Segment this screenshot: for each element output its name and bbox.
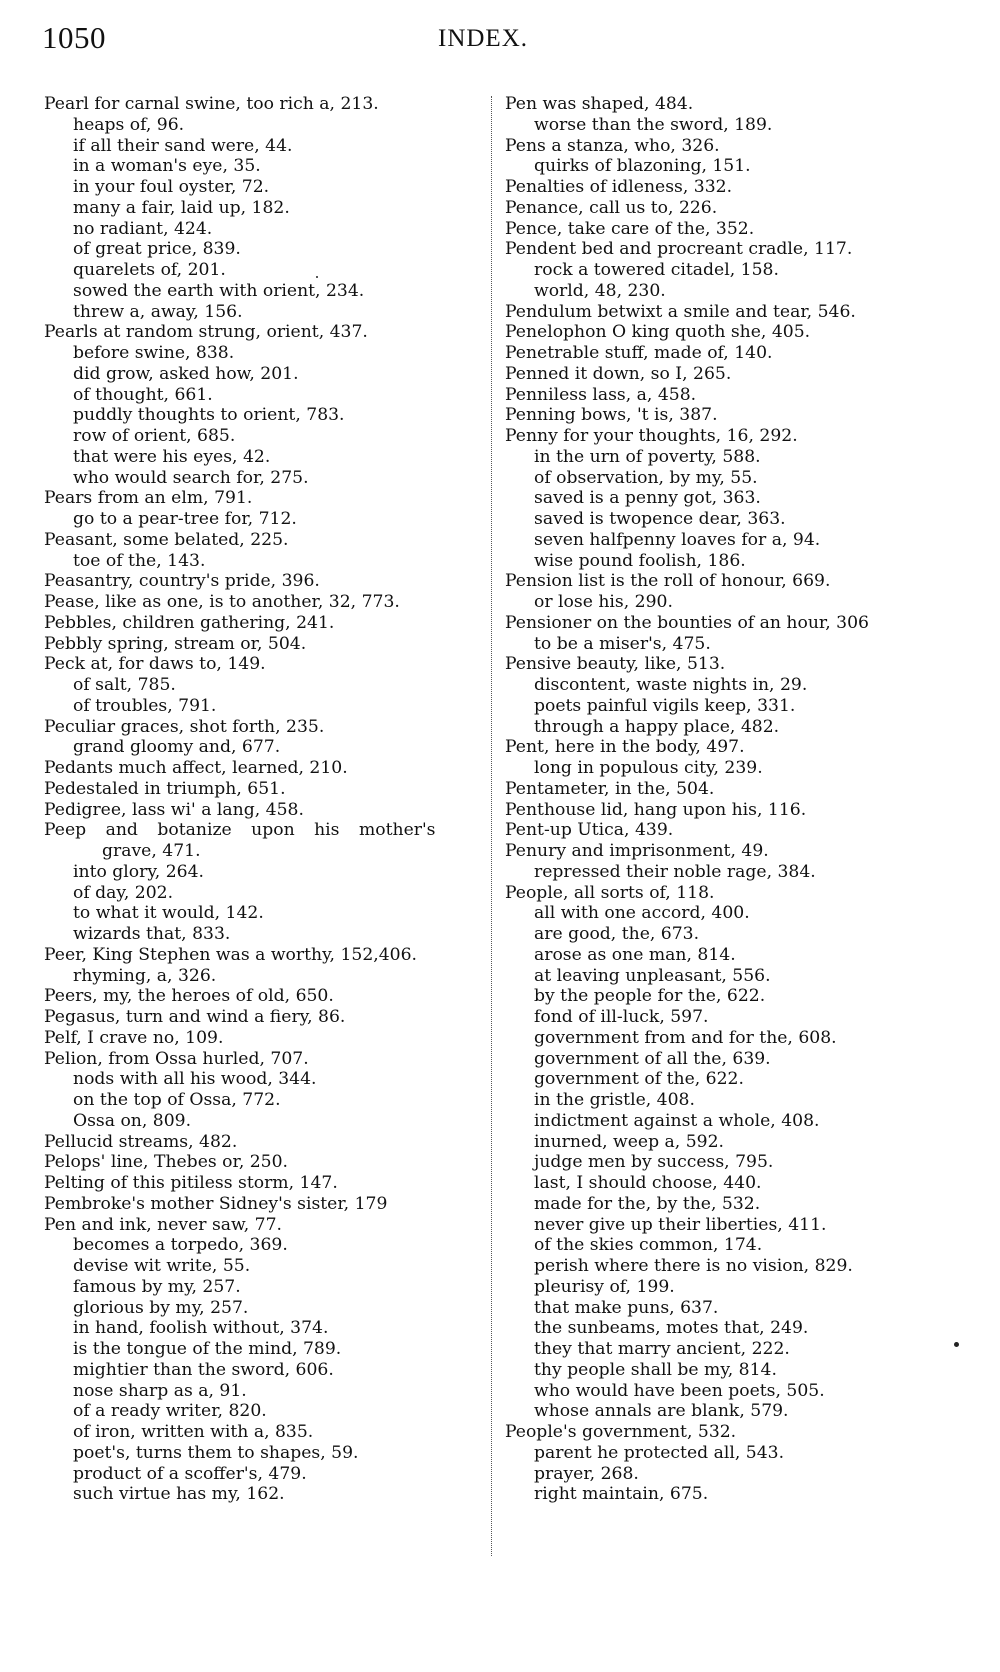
index-subentry: wise pound foolish, 186.	[505, 551, 955, 572]
index-entry: Pen was shaped, 484.	[505, 94, 955, 115]
index-entry: Peers, my, the heroes of old, 650.	[44, 986, 482, 1007]
index-entry: Pedestaled in triumph, 651.	[44, 779, 482, 800]
index-subentry: nods with all his wood, 344.	[44, 1069, 482, 1090]
index-subentry: at leaving unpleasant, 556.	[505, 966, 955, 987]
index-subentry: grand gloomy and, 677.	[44, 737, 482, 758]
index-entry: Pensioner on the bounties of an hour, 30…	[505, 613, 955, 634]
index-entry: Pears from an elm, 791.	[44, 488, 482, 509]
index-entry: Penance, call us to, 226.	[505, 198, 955, 219]
index-entry: Pent-up Utica, 439.	[505, 820, 955, 841]
index-subentry: worse than the sword, 189.	[505, 115, 955, 136]
index-subentry: that were his eyes, 42.	[44, 447, 482, 468]
index-entry: Penniless lass, a, 458.	[505, 385, 955, 406]
index-subentry: world, 48, 230.	[505, 281, 955, 302]
index-entry: Pedants much affect, learned, 210.	[44, 758, 482, 779]
print-speck	[316, 276, 318, 278]
index-subentry: nose sharp as a, 91.	[44, 1381, 482, 1402]
index-entry: Peasant, some belated, 225.	[44, 530, 482, 551]
index-subentry: fond of ill-luck, 597.	[505, 1007, 955, 1028]
index-subentry: wizards that, 833.	[44, 924, 482, 945]
index-subentry: made for the, by the, 532.	[505, 1194, 955, 1215]
index-subentry: saved is twopence dear, 363.	[505, 509, 955, 530]
index-subentry: government of the, 622.	[505, 1069, 955, 1090]
index-entry: Pearls at random strung, orient, 437.	[44, 322, 482, 343]
index-subentry: of great price, 839.	[44, 239, 482, 260]
index-entry: Penelophon O king quoth she, 405.	[505, 322, 955, 343]
index-subentry: who would have been poets, 505.	[505, 1381, 955, 1402]
index-subentry: into glory, 264.	[44, 862, 482, 883]
index-entry: Pearl for carnal swine, too rich a, 213.	[44, 94, 482, 115]
index-subentry: quirks of blazoning, 151.	[505, 156, 955, 177]
index-subentry: mightier than the sword, 606.	[44, 1360, 482, 1381]
index-subentry: heaps of, 96.	[44, 115, 482, 136]
index-entry: Pent, here in the body, 497.	[505, 737, 955, 758]
index-entry: Pelops' line, Thebes or, 250.	[44, 1152, 482, 1173]
index-subentry: poet's, turns them to shapes, 59.	[44, 1443, 482, 1464]
index-subentry: devise wit write, 55.	[44, 1256, 482, 1277]
index-entry: Penny for your thoughts, 16, 292.	[505, 426, 955, 447]
index-subentry: of thought, 661.	[44, 385, 482, 406]
index-entry: Pelion, from Ossa hurled, 707.	[44, 1049, 482, 1070]
index-entry: Peasantry, country's pride, 396.	[44, 571, 482, 592]
index-subentry: seven halfpenny loaves for a, 94.	[505, 530, 955, 551]
index-entry: Pentameter, in the, 504.	[505, 779, 955, 800]
index-subentry: indictment against a whole, 408.	[505, 1111, 955, 1132]
index-entry: People, all sorts of, 118.	[505, 883, 955, 904]
page-number: 1050	[42, 20, 106, 56]
index-subentry: perish where there is no vision, 829.	[505, 1256, 955, 1277]
index-entry: Penetrable stuff, made of, 140.	[505, 343, 955, 364]
index-entry: Peer, King Stephen was a worthy, 152,406…	[44, 945, 482, 966]
index-subentry: if all their sand were, 44.	[44, 136, 482, 157]
index-entry: Pendulum betwixt a smile and tear, 546.	[505, 302, 955, 323]
index-entry: Penthouse lid, hang upon his, 116.	[505, 800, 955, 821]
index-entry: Penning bows, 't is, 387.	[505, 405, 955, 426]
index-subentry: right maintain, 675.	[505, 1484, 955, 1505]
index-entry: Pebbles, children gathering, 241.	[44, 613, 482, 634]
index-entry: Pelting of this pitiless storm, 147.	[44, 1173, 482, 1194]
index-entry: Pendent bed and procreant cradle, 117.	[505, 239, 955, 260]
index-subentry: government of all the, 639.	[505, 1049, 955, 1070]
index-subentry: of troubles, 791.	[44, 696, 482, 717]
index-subentry: sowed the earth with orient, 234.	[44, 281, 482, 302]
index-subentry: in the urn of poverty, 588.	[505, 447, 955, 468]
index-subentry: product of a scoffer's, 479.	[44, 1464, 482, 1485]
index-subentry: to what it would, 142.	[44, 903, 482, 924]
index-subentry: of iron, written with a, 835.	[44, 1422, 482, 1443]
index-subentry: parent he protected all, 543.	[505, 1443, 955, 1464]
index-subentry: many a fair, laid up, 182.	[44, 198, 482, 219]
index-entry: Peculiar graces, shot forth, 235.	[44, 717, 482, 738]
index-subentry: becomes a torpedo, 369.	[44, 1235, 482, 1256]
index-entry: Pedigree, lass wi' a lang, 458.	[44, 800, 482, 821]
index-entry: Pence, take care of the, 352.	[505, 219, 955, 240]
index-subentry: that make puns, 637.	[505, 1298, 955, 1319]
index-subentry: puddly thoughts to orient, 783.	[44, 405, 482, 426]
index-subentry: whose annals are blank, 579.	[505, 1401, 955, 1422]
index-subentry: Ossa on, 809.	[44, 1111, 482, 1132]
index-entry: Pension list is the roll of honour, 669.	[505, 571, 955, 592]
index-entry: Pens a stanza, who, 326.	[505, 136, 955, 157]
index-subentry: judge men by success, 795.	[505, 1152, 955, 1173]
index-subentry: rhyming, a, 326.	[44, 966, 482, 987]
index-subentry: on the top of Ossa, 772.	[44, 1090, 482, 1111]
index-subentry: go to a pear-tree for, 712.	[44, 509, 482, 530]
index-entry: Pensive beauty, like, 513.	[505, 654, 955, 675]
index-subentry: thy people shall be my, 814.	[505, 1360, 955, 1381]
index-entry: Peep and botanize upon his mother's	[44, 820, 482, 841]
index-subentry: quarelets of, 201.	[44, 260, 482, 281]
index-subentry: government from and for the, 608.	[505, 1028, 955, 1049]
index-subentry: threw a, away, 156.	[44, 302, 482, 323]
index-subentry: pleurisy of, 199.	[505, 1277, 955, 1298]
index-subentry: in your foul oyster, 72.	[44, 177, 482, 198]
index-entry: Pelf, I crave no, 109.	[44, 1028, 482, 1049]
index-subentry: of salt, 785.	[44, 675, 482, 696]
index-subentry: toe of the, 143.	[44, 551, 482, 572]
index-subentry: through a happy place, 482.	[505, 717, 955, 738]
index-subentry: or lose his, 290.	[505, 592, 955, 613]
index-subentry: in the gristle, 408.	[505, 1090, 955, 1111]
index-entry: Penalties of idleness, 332.	[505, 177, 955, 198]
index-entry: Peck at, for daws to, 149.	[44, 654, 482, 675]
index-subentry: to be a miser's, 475.	[505, 634, 955, 655]
index-subentry: no radiant, 424.	[44, 219, 482, 240]
index-subentry: last, I should choose, 440.	[505, 1173, 955, 1194]
index-entry-continuation: grave, 471.	[44, 841, 482, 862]
index-subentry: poets painful vigils keep, 331.	[505, 696, 955, 717]
index-subentry: of day, 202.	[44, 883, 482, 904]
index-subentry: discontent, waste nights in, 29.	[505, 675, 955, 696]
index-subentry: glorious by my, 257.	[44, 1298, 482, 1319]
index-entry: Pebbly spring, stream or, 504.	[44, 634, 482, 655]
index-subentry: of the skies common, 174.	[505, 1235, 955, 1256]
index-subentry: never give up their liberties, 411.	[505, 1215, 955, 1236]
index-entry: People's government, 532.	[505, 1422, 955, 1443]
index-subentry: they that marry ancient, 222.	[505, 1339, 955, 1360]
index-subentry: of a ready writer, 820.	[44, 1401, 482, 1422]
index-entry: Pegasus, turn and wind a fiery, 86.	[44, 1007, 482, 1028]
index-subentry: prayer, 268.	[505, 1464, 955, 1485]
index-subentry: are good, the, 673.	[505, 924, 955, 945]
index-entry: Pen and ink, never saw, 77.	[44, 1215, 482, 1236]
index-subentry: in a woman's eye, 35.	[44, 156, 482, 177]
index-subentry: is the tongue of the mind, 789.	[44, 1339, 482, 1360]
index-subentry: long in populous city, 239.	[505, 758, 955, 779]
index-subentry: famous by my, 257.	[44, 1277, 482, 1298]
running-head: INDEX.	[438, 24, 528, 54]
index-subentry: all with one accord, 400.	[505, 903, 955, 924]
index-entry: Pease, like as one, is to another, 32, 7…	[44, 592, 482, 613]
index-entry: Pembroke's mother Sidney's sister, 179	[44, 1194, 482, 1215]
index-subentry: in hand, foolish without, 374.	[44, 1318, 482, 1339]
index-subentry: the sunbeams, motes that, 249.	[505, 1318, 955, 1339]
index-subentry: saved is a penny got, 363.	[505, 488, 955, 509]
index-entry: Penury and imprisonment, 49.	[505, 841, 955, 862]
index-subentry: row of orient, 685.	[44, 426, 482, 447]
index-subentry: of observation, by my, 55.	[505, 468, 955, 489]
index-subentry: such virtue has my, 162.	[44, 1484, 482, 1505]
index-subentry: inurned, weep a, 592.	[505, 1132, 955, 1153]
index-subentry: by the people for the, 622.	[505, 986, 955, 1007]
index-subentry: repressed their noble rage, 384.	[505, 862, 955, 883]
index-subentry: before swine, 838.	[44, 343, 482, 364]
index-subentry: did grow, asked how, 201.	[44, 364, 482, 385]
index-subentry: arose as one man, 814.	[505, 945, 955, 966]
column-divider	[491, 96, 492, 1556]
index-entry: Penned it down, so I, 265.	[505, 364, 955, 385]
index-entry: Pellucid streams, 482.	[44, 1132, 482, 1153]
index-subentry: rock a towered citadel, 158.	[505, 260, 955, 281]
index-column-right: Pen was shaped, 484.worse than the sword…	[505, 94, 955, 1505]
print-speck	[954, 1342, 959, 1347]
index-column-left: Pearl for carnal swine, too rich a, 213.…	[44, 94, 482, 1505]
index-subentry: who would search for, 275.	[44, 468, 482, 489]
